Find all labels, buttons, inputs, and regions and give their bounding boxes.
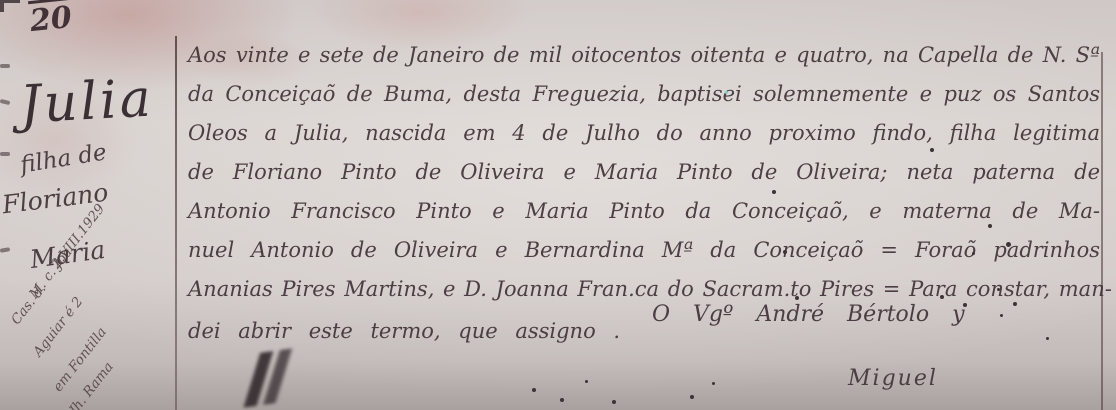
record-number: 20 — [28, 0, 73, 39]
binding-mark — [0, 247, 10, 253]
binding-mark — [0, 152, 10, 156]
entry-line-5: Antonio Francisco Pinto e Maria Pinto da… — [188, 199, 1100, 223]
entry-line-8: dei abrir este termo, que assigno . — [188, 319, 620, 343]
binding-mark — [0, 64, 10, 68]
priest-signature-continuation: Miguel — [848, 366, 938, 391]
page-corner-mark — [0, 0, 20, 12]
entry-line-2: da Conceiçaõ de Buma, desta Freguezia, b… — [188, 82, 1100, 106]
entry-line-7: Ananias Pires Martins, e D. Joanna Fran.… — [188, 277, 1100, 301]
margin-filiation-line: filha de — [19, 139, 109, 178]
child-name: Julia — [19, 69, 156, 136]
ink-smudge — [233, 348, 304, 408]
binding-mark — [0, 99, 10, 105]
entry-line-6: nuel Antonio de Oliveira e Bernardina Mª… — [188, 238, 1100, 262]
speck — [725, 91, 728, 94]
entry-line-1: Aos vinte e sete de Janeiro de mil oitoc… — [188, 43, 1100, 67]
right-rule-line — [1101, 52, 1103, 410]
entry-line-3: Oleos a Julia, nascida em 4 de Julho do … — [188, 121, 1100, 145]
margin-rule-line — [175, 36, 177, 410]
register-page-scan: 20 Julia filha de Floriano Maria 2.VIII.… — [0, 0, 1116, 410]
priest-signature: O Vgº André Bértolo y — [652, 302, 965, 327]
entry-line-4: de Floriano Pinto de Oliveira e Maria Pi… — [188, 160, 1100, 184]
